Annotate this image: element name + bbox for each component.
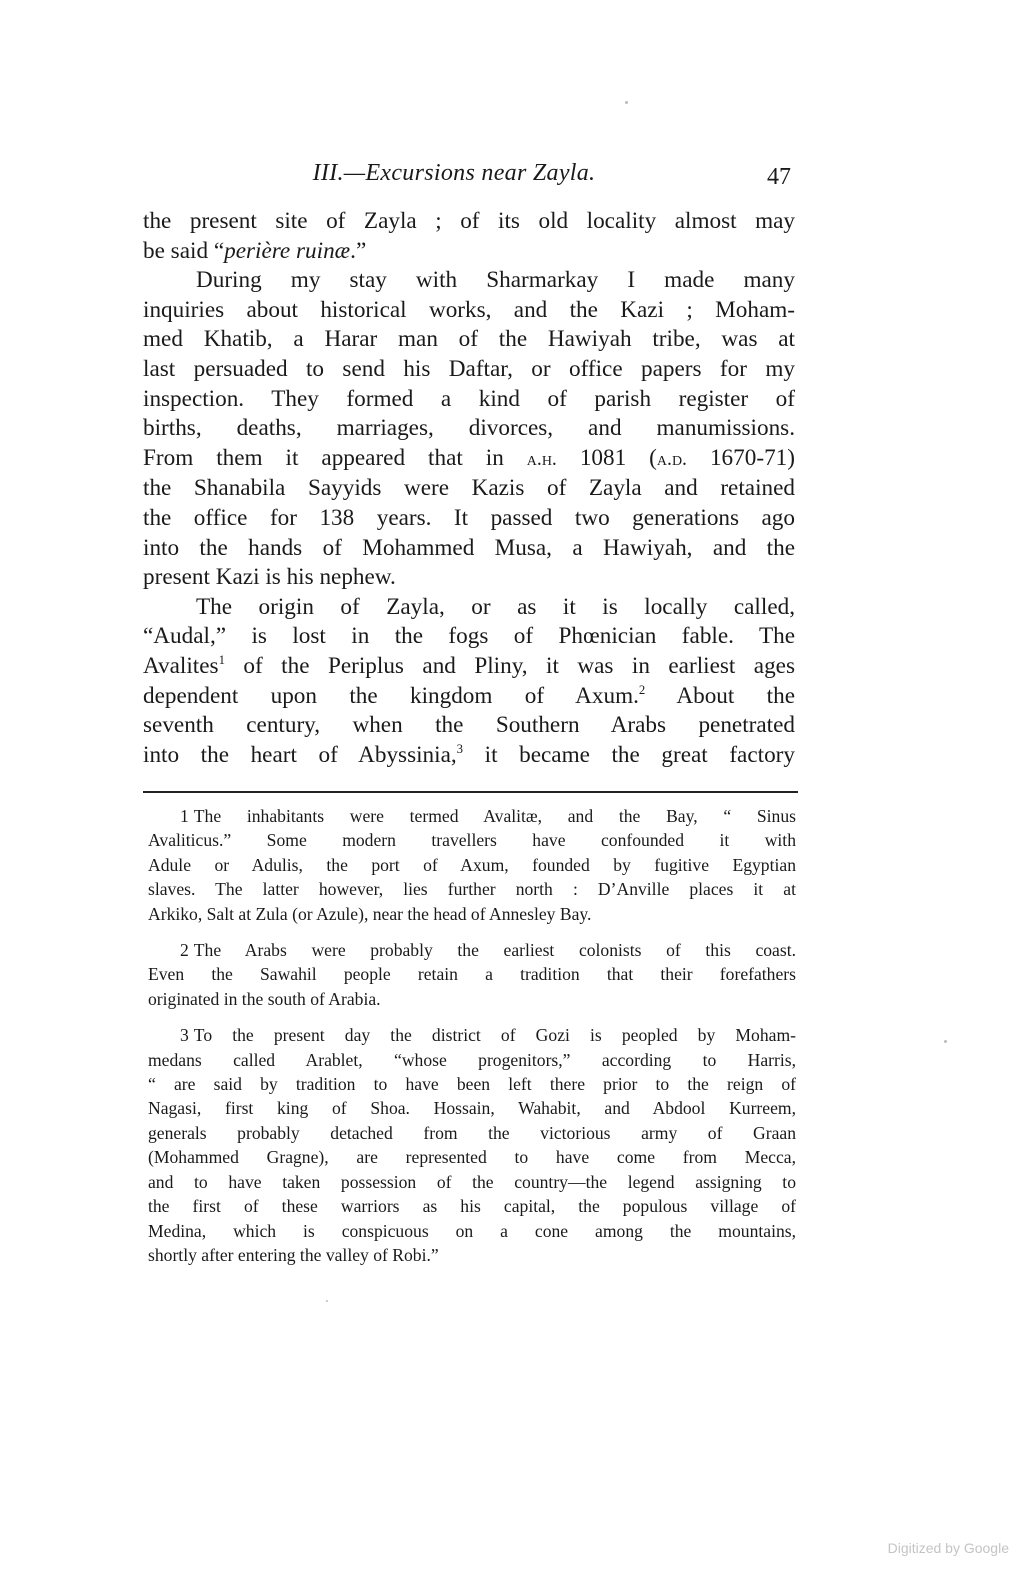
era-abbrev: a.d.: [657, 448, 687, 470]
footnote-2: 2The Arabs were probably the earliest co…: [148, 938, 796, 1011]
body-text: the present site of Zayla ; of its old l…: [143, 207, 795, 770]
footnote-line: shortly after entering the valley of Rob…: [148, 1243, 796, 1267]
scan-speck: [625, 101, 628, 104]
running-title: III.—Excursions near Zayla.: [143, 160, 795, 187]
text-line: into the hands of Mohammed Musa, a Hawiy…: [143, 534, 795, 564]
footnote-line: generals probably detached from the vict…: [148, 1121, 796, 1145]
text-line: seventh century, when the Southern Arabs…: [143, 711, 795, 741]
paragraph-2: During my stay with Sharmarkay I made ma…: [143, 266, 795, 593]
footnote-number: 3: [180, 1025, 189, 1045]
footnote-3: 3To the present day the district of Gozi…: [148, 1023, 796, 1267]
footnote-1: 1The inhabitants were termed Avalitæ, an…: [148, 804, 796, 926]
footnote-line: slaves. The latter however, lies further…: [148, 877, 796, 901]
text-line: births, deaths, marriages, divorces, and…: [143, 414, 795, 444]
era-abbrev: a.h.: [527, 448, 557, 470]
footnote-line: “ are said by tradition to have been lef…: [148, 1072, 796, 1096]
page-number: 47: [767, 164, 791, 191]
latin-quote: perière ruinæ: [224, 238, 350, 264]
text-line: be said “perière ruinæ.”: [143, 237, 795, 267]
text-line: “Audal,” is lost in the fogs of Phœnicia…: [143, 622, 795, 652]
scan-speck: [944, 1040, 947, 1043]
footnote-line: Nagasi, first king of Shoa. Hossain, Wah…: [148, 1096, 796, 1120]
text-line: inquiries about historical works, and th…: [143, 296, 795, 326]
text-line: During my stay with Sharmarkay I made ma…: [143, 266, 795, 296]
footnote-line: medans called Arablet, “whose progenitor…: [148, 1048, 796, 1072]
footnote-line: Adule or Adulis, the port of Axum, found…: [148, 853, 796, 877]
text-line: The origin of Zayla, or as it is locally…: [143, 593, 795, 623]
paragraph-1: the present site of Zayla ; of its old l…: [143, 207, 795, 266]
text-line: the office for 138 years. It passed two …: [143, 504, 795, 534]
footnote-line: (Mohammed Gragne), are represented to ha…: [148, 1145, 796, 1169]
footnote-line: the first of these warriors as his capit…: [148, 1194, 796, 1218]
footnote-line: and to have taken possession of the coun…: [148, 1170, 796, 1194]
footnote-line: 2The Arabs were probably the earliest co…: [148, 938, 796, 962]
running-head: III.—Excursions near Zayla. 47: [143, 160, 795, 194]
footnote-number: 1: [180, 806, 189, 826]
paragraph-3: The origin of Zayla, or as it is locally…: [143, 593, 795, 771]
text-line: into the heart of Abyssinia,3 it became …: [143, 741, 795, 771]
footnote-line: Avaliticus.” Some modern travellers have…: [148, 828, 796, 852]
text-line: last persuaded to send his Daftar, or of…: [143, 355, 795, 385]
digitized-watermark: Digitized by Google: [888, 1540, 1009, 1556]
footnote-line: Arkiko, Salt at Zula (or Azule), near th…: [148, 902, 796, 926]
text-line: med Khatib, a Harar man of the Hawiyah t…: [143, 325, 795, 355]
text-line: Avalites1 of the Periplus and Pliny, it …: [143, 652, 795, 682]
footnote-divider: [143, 791, 798, 793]
footnote-line: 3To the present day the district of Gozi…: [148, 1023, 796, 1047]
footnote-line: 1The inhabitants were termed Avalitæ, an…: [148, 804, 796, 828]
footnote-line: Medina, which is conspicuous on a cone a…: [148, 1219, 796, 1243]
footnotes: 1The inhabitants were termed Avalitæ, an…: [148, 804, 796, 1279]
text-line: the present site of Zayla ; of its old l…: [143, 207, 795, 237]
scan-speck: [326, 1300, 328, 1302]
footnote-number: 2: [180, 940, 189, 960]
text-line: present Kazi is his nephew.: [143, 563, 795, 593]
text-line: From them it appeared that in a.h. 1081 …: [143, 444, 795, 475]
footnote-line: Even the Sawahil people retain a traditi…: [148, 962, 796, 986]
text-line: inspection. They formed a kind of parish…: [143, 385, 795, 415]
text-line: the Shanabila Sayyids were Kazis of Zayl…: [143, 474, 795, 504]
footnote-line: originated in the south of Arabia.: [148, 987, 796, 1011]
text-line: dependent upon the kingdom of Axum.2 Abo…: [143, 682, 795, 712]
